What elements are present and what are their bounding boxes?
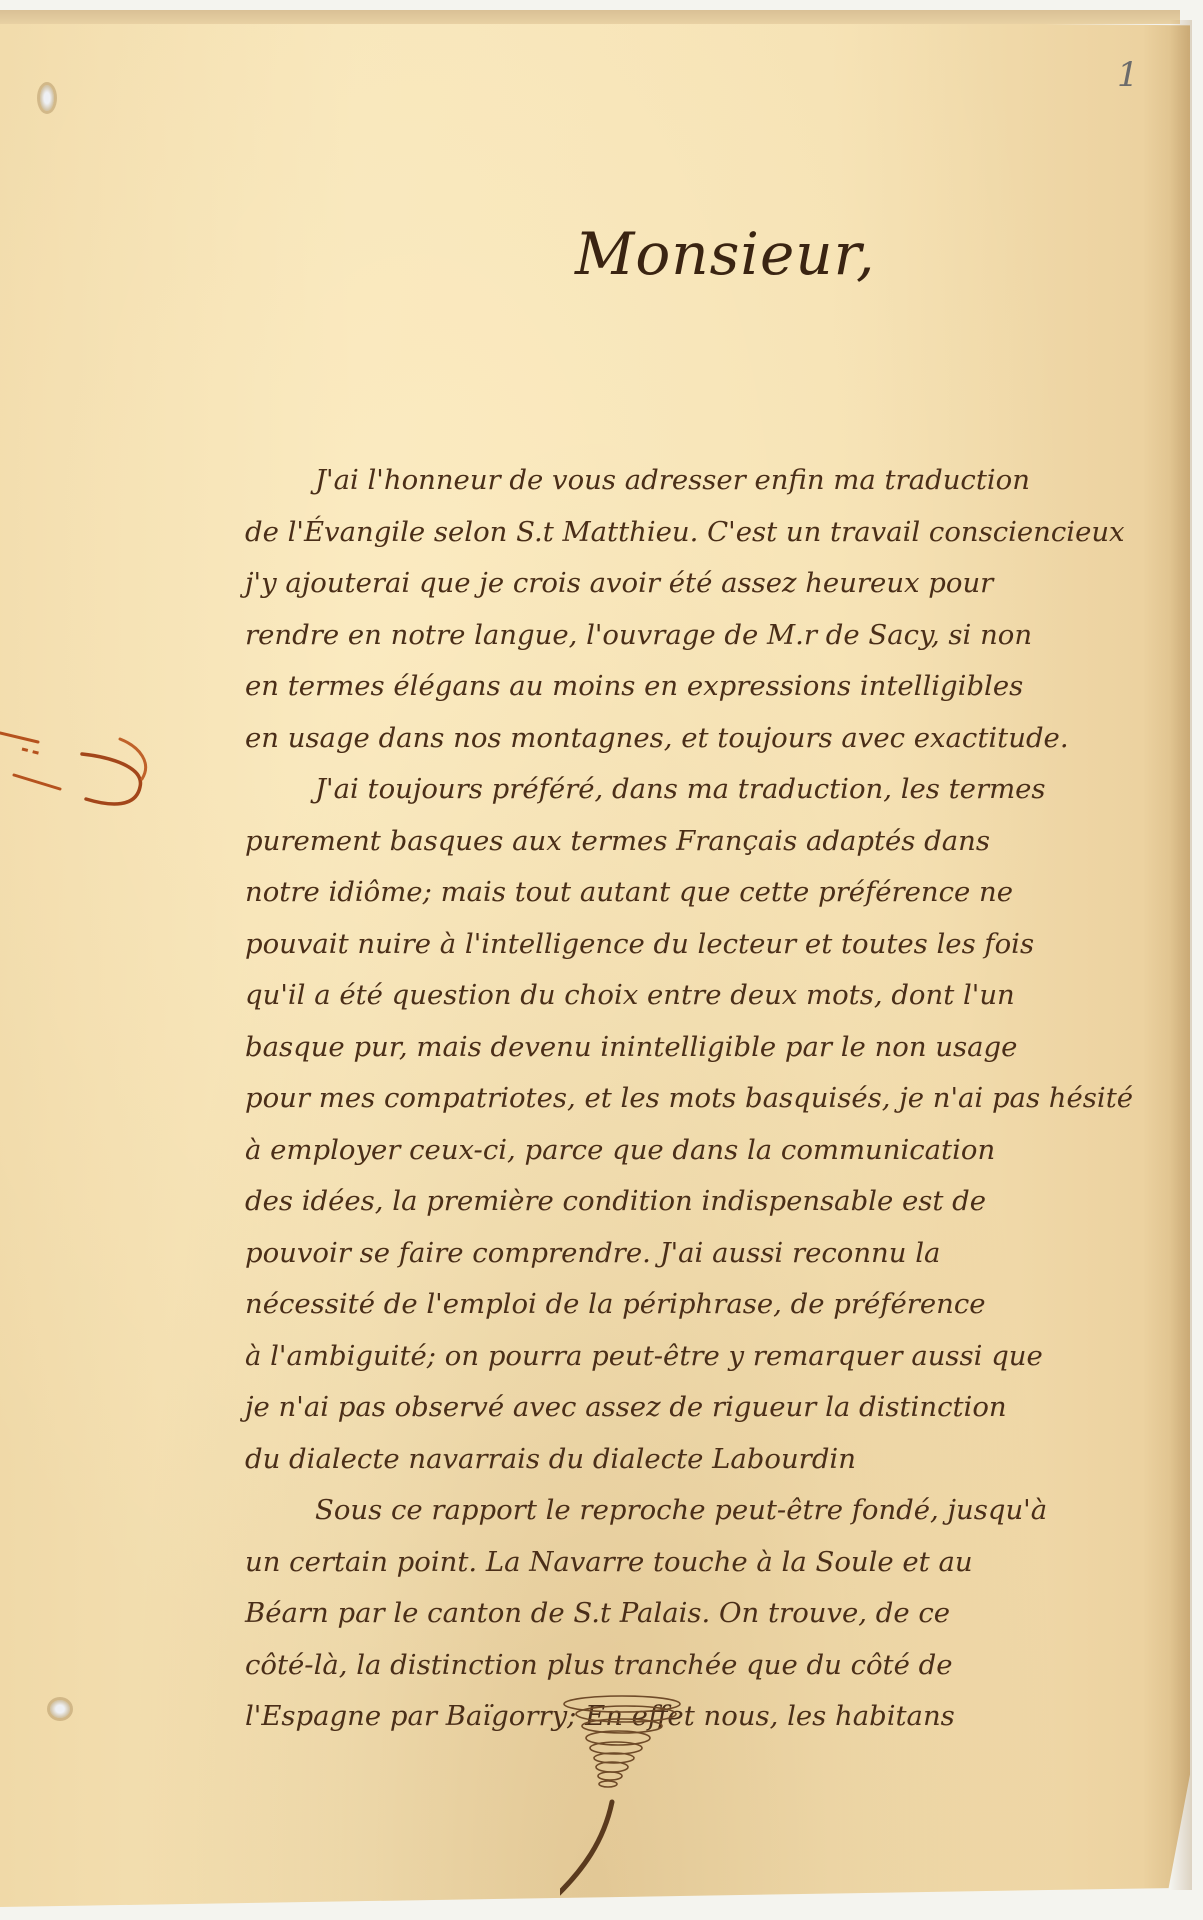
letter-body: J'ai l'honneur de vous adresser enfin ma…: [245, 455, 1175, 1743]
text-line: J'ai toujours préféré, dans ma traductio…: [245, 764, 1175, 816]
text-line: Sous ce rapport le reproche peut-être fo…: [245, 1485, 1175, 1537]
text-line: du dialecte navarrais du dialecte Labour…: [245, 1434, 1175, 1486]
text-line: pouvoir se faire comprendre. J'ai aussi …: [245, 1228, 1175, 1280]
text-line: basque pur, mais devenu inintelligible p…: [245, 1022, 1175, 1074]
text-line: Béarn par le canton de S.t Palais. On tr…: [245, 1588, 1175, 1640]
text-line: en termes élégans au moins en expression…: [245, 661, 1175, 713]
text-line: pouvait nuire à l'intelligence du lecteu…: [245, 919, 1175, 971]
text-line: je n'ai pas observé avec assez de rigueu…: [245, 1382, 1175, 1434]
text-line: côté-là, la distinction plus tranchée qu…: [245, 1640, 1175, 1692]
punch-hole-bottom: [50, 1700, 70, 1718]
text-line: des idées, la première condition indispe…: [245, 1176, 1175, 1228]
text-line: l'Espagne par Baïgorry; En effet nous, l…: [245, 1691, 1175, 1743]
text-line: nécessité de l'emploi de la périphrase, …: [245, 1279, 1175, 1331]
spiral-flourish-icon: [560, 1690, 710, 1910]
text-line: à l'ambiguité; on pourra peut-être y rem…: [245, 1331, 1175, 1383]
punch-hole-top: [40, 85, 54, 111]
text-line: de l'Évangile selon S.t Matthieu. C'est …: [245, 507, 1175, 559]
text-line: pour mes compatriotes, et les mots basqu…: [245, 1073, 1175, 1125]
text-line: J'ai l'honneur de vous adresser enfin ma…: [245, 455, 1175, 507]
page-top-edge: [0, 10, 1180, 24]
text-line: purement basques aux termes Français ada…: [245, 816, 1175, 868]
text-line: j'y ajouterai que je crois avoir été ass…: [245, 558, 1175, 610]
red-margin-mark-icon: [0, 715, 150, 815]
salutation: Monsieur,: [575, 220, 875, 288]
text-line: rendre en notre langue, l'ouvrage de M.r…: [245, 610, 1175, 662]
page-number: 1: [1117, 55, 1139, 95]
text-line: à employer ceux-ci, parce que dans la co…: [245, 1125, 1175, 1177]
text-line: notre idiôme; mais tout autant que cette…: [245, 867, 1175, 919]
text-line: en usage dans nos montagnes, et toujours…: [245, 713, 1175, 765]
text-line: qu'il a été question du choix entre deux…: [245, 970, 1175, 1022]
text-line: un certain point. La Navarre touche à la…: [245, 1537, 1175, 1589]
